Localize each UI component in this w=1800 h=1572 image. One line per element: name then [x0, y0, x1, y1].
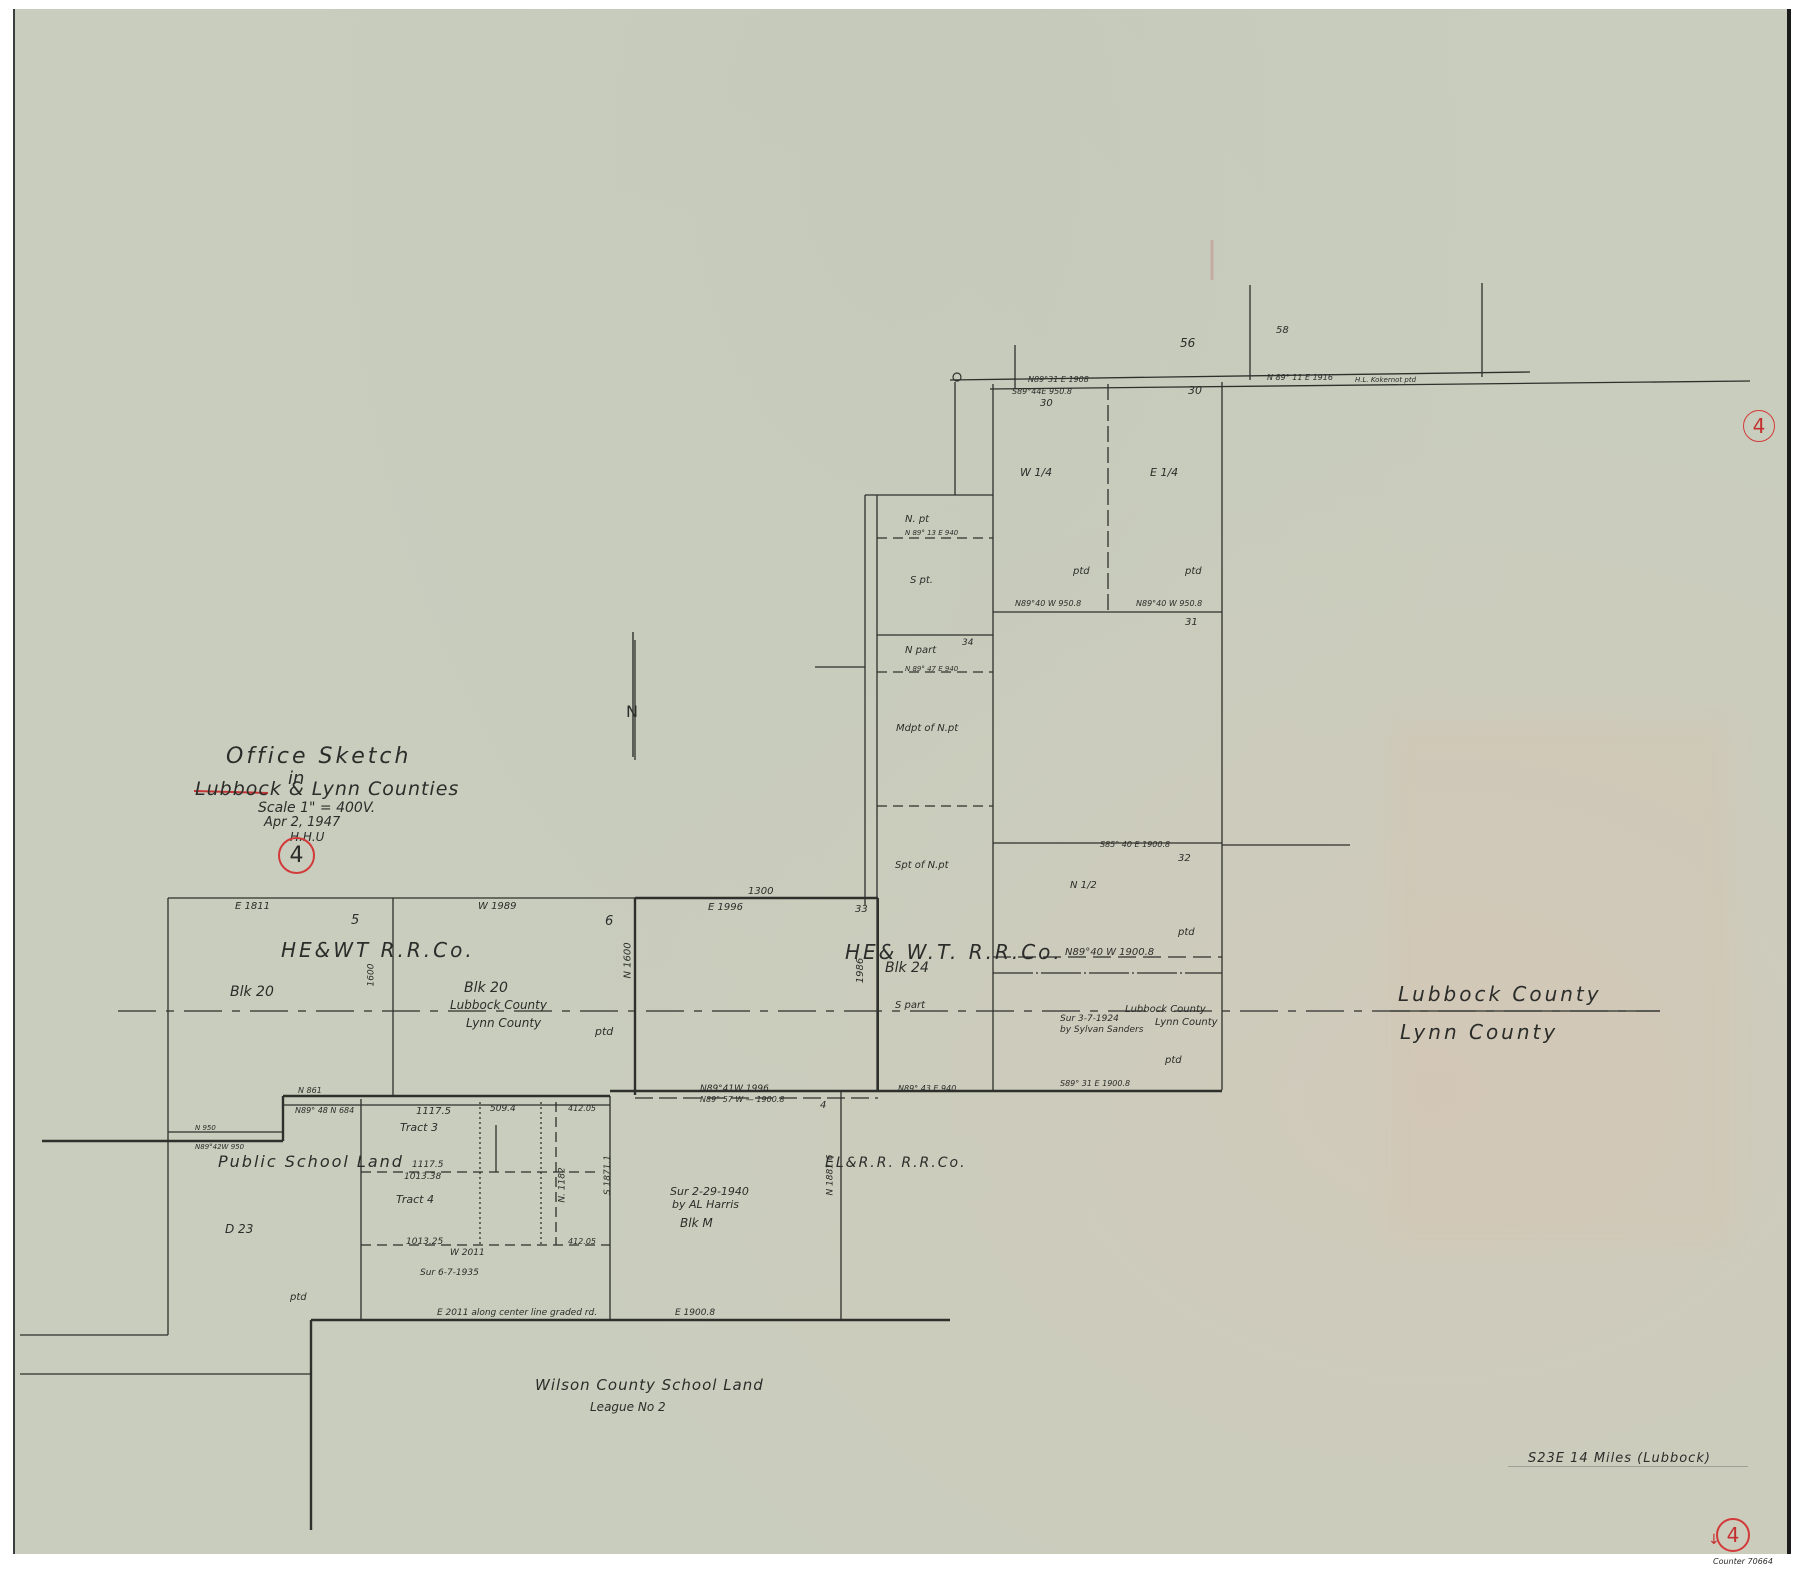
bearing-s89-44e: S89°44E 950.8	[1012, 387, 1072, 396]
bearing-n89-40w-950: N89°40 W 950.8	[1015, 599, 1081, 608]
bearing-e1900: E 1900.8	[675, 1308, 715, 1318]
label-wilson-school: Wilson County School Land	[535, 1376, 764, 1394]
label-lynn-county-small: Lynn County	[466, 1016, 541, 1030]
label-ptd-3: ptd	[1185, 566, 1202, 577]
direction-note-rule	[1508, 1466, 1748, 1467]
bearing-e2011: E 2011 along center line graded rd.	[437, 1308, 597, 1318]
label-sec58: 58	[1276, 325, 1289, 336]
bearing-s89-31e: S89° 31 E 1900.8	[1060, 1079, 1130, 1088]
title-office-sketch: Office Sketch	[226, 744, 411, 769]
bearing-509: 509.4	[490, 1104, 516, 1114]
title-date: Apr 2, 1947	[264, 815, 340, 830]
bearing-n89-48n: N89° 48 N 684	[295, 1106, 354, 1115]
bearing-1117b: 1117.5	[412, 1160, 444, 1170]
label-s-pt: S pt.	[910, 575, 933, 586]
label-sec5: 5	[351, 913, 359, 928]
label-sec34: 34	[962, 638, 973, 648]
north-arrow-icon: N	[626, 702, 638, 721]
bearing-1013b: 1013.25	[406, 1237, 443, 1247]
bearing-1117: 1117.5	[416, 1106, 451, 1117]
bearing-n89-40w-950b: N89°40 W 950.8	[1136, 599, 1202, 608]
bearing-n861: N 861	[298, 1086, 322, 1095]
label-w-quarter: W 1/4	[1020, 466, 1052, 479]
label-sec31: 31	[1185, 617, 1198, 628]
bearing-1300: 1300	[748, 886, 773, 897]
catalog-reference: Counter 70664	[1713, 1557, 1773, 1566]
label-d23: D 23	[225, 1222, 253, 1236]
bearing-412b: 412.05	[568, 1237, 596, 1246]
label-sur-1935: Sur 6-7-1935	[420, 1268, 479, 1278]
direction-note: S23E 14 Miles (Lubbock)	[1528, 1451, 1711, 1466]
label-ptd-5: ptd	[1165, 1055, 1182, 1066]
bearing-n89-11e: N 89° 11 E 1916	[1267, 373, 1333, 382]
label-sur-sanders-2: by Sylvan Sanders	[1060, 1025, 1143, 1035]
label-sec4: 4	[820, 1100, 826, 1111]
label-spt-npt: Spt of N.pt	[895, 860, 949, 871]
bearing-e1996: E 1996	[708, 902, 743, 913]
bearing-1013: 1013.38	[404, 1172, 441, 1182]
bearing-n1182: N. 1182	[558, 1167, 568, 1202]
label-ptd-2: ptd	[1073, 566, 1090, 577]
label-blk20-a: Blk 20	[230, 984, 274, 1000]
label-blk20-b: Blk 20	[464, 980, 508, 996]
bearing-n89-57w: N89° 57 W — 1900.8	[700, 1095, 784, 1104]
bearing-w2011: W 2011	[450, 1248, 485, 1258]
label-spart: S part	[895, 1000, 925, 1011]
bearing-n89-13e: N 89° 13 E 940	[905, 529, 958, 537]
bearing-n89-41w: N89°41W 1996	[700, 1084, 769, 1094]
label-sec33: 33	[855, 904, 868, 915]
label-lynn-small-right: Lynn County	[1155, 1017, 1218, 1028]
label-sec30a: 30	[1040, 398, 1053, 409]
bearing-n89-47e: N 89° 47 E 940	[905, 665, 958, 673]
label-league-no2: League No 2	[590, 1400, 666, 1414]
bearing-e1811: E 1811	[235, 901, 270, 912]
sheet-number-stamp: 4	[278, 837, 315, 874]
sheet-number-stamp-right: 4	[1743, 410, 1775, 442]
title-counties: Lubbock & Lynn Counties	[195, 778, 459, 800]
label-sec56: 56	[1180, 336, 1195, 350]
bearing-412: 412.05	[568, 1104, 596, 1113]
bearing-n950: N 950	[195, 1124, 216, 1132]
red-arrow-icon: ↓	[1708, 1532, 1720, 1548]
sheet-number-stamp-bottom: 4	[1716, 1518, 1750, 1552]
label-sur-sanders-1: Sur 3-7-1924	[1060, 1014, 1119, 1024]
label-n-part: N part	[905, 645, 936, 656]
label-sur-harris-2: by AL Harris	[672, 1198, 739, 1211]
label-mid-pt: Mdpt of N.pt	[896, 723, 958, 734]
label-ptd-6: ptd	[290, 1292, 307, 1303]
bearing-n1881: N 1881.6	[826, 1154, 836, 1195]
label-n-half: N 1/2	[1070, 880, 1097, 891]
label-kokernot: H.L. Kokernot ptd	[1355, 376, 1416, 384]
bearing-1986: 1986	[855, 958, 866, 983]
label-e-quarter: E 1/4	[1150, 466, 1178, 479]
county-label-lynn: Lynn County	[1400, 1020, 1558, 1044]
bearing-n89-31e: N89°31 E 1908	[1028, 375, 1089, 384]
label-lubbock-small-right: Lubbock County	[1125, 1004, 1206, 1015]
label-sec30b: 30	[1188, 384, 1202, 397]
bearing-n89-40w: N89°40 W 1900.8	[1065, 947, 1154, 958]
label-ptd-1: ptd	[595, 1025, 613, 1038]
label-tract3: Tract 3	[400, 1121, 438, 1134]
label-lubbock-county-small: Lubbock County	[450, 998, 547, 1012]
label-sur-harris-1: Sur 2-29-1940	[670, 1185, 749, 1198]
title-county-lubbock: Lubbock	[195, 778, 282, 800]
label-hewt-right: HE& W.T. R.R.Co.	[845, 940, 1063, 964]
label-n-pt: N. pt	[905, 514, 929, 525]
label-hewt-left: HE&WT R.R.Co.	[281, 938, 475, 962]
label-sec32: 32	[1178, 853, 1191, 864]
bearing-n89-42w: N89°42W 950	[195, 1143, 244, 1151]
label-blkm: Blk M	[680, 1216, 713, 1230]
bearing-w1989: W 1989	[478, 901, 517, 912]
label-ptd-4: ptd	[1178, 927, 1195, 938]
title-county-rest: & Lynn Counties	[289, 778, 459, 800]
bearing-s85-40e: S85° 40 E 1900.8	[1100, 840, 1170, 849]
label-tract4: Tract 4	[396, 1193, 434, 1206]
bearing-n89-43e: N89° 43 E 940	[898, 1084, 956, 1093]
bearing-s1600: 1600	[366, 964, 376, 987]
bearing-s1871: S 1871.1	[603, 1155, 613, 1195]
label-public-school: Public School Land	[218, 1152, 404, 1171]
label-blk24: Blk 24	[885, 960, 929, 976]
label-elrr: EL&R.R. R.R.Co.	[825, 1155, 967, 1171]
bearing-n1600: N 1600	[623, 942, 634, 978]
county-label-lubbock: Lubbock County	[1398, 982, 1602, 1006]
title-scale: Scale 1" = 400V.	[258, 800, 375, 816]
label-sec6: 6	[605, 914, 613, 929]
